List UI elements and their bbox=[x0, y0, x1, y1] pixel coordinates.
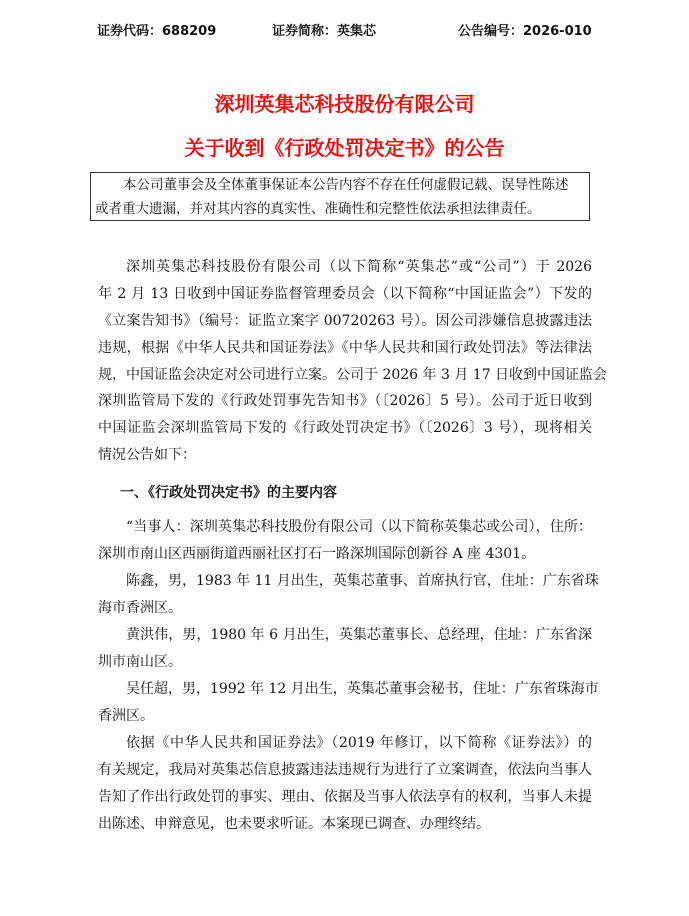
paragraph-line: 出陈述、申辩意见，也未要求听证。本案现已调查、办理终结。 bbox=[98, 811, 592, 838]
disclaimer-line-1: 本公司董事会及全体董事保证本公告内容不存在任何虚假记载、误导性陈述 bbox=[95, 173, 585, 197]
paragraph-line: 深圳市南山区西丽街道西丽社区打石一路深圳国际创新谷 A 座 4301。 bbox=[98, 541, 592, 568]
intro-line: 规，中国证监会决定对公司进行立案。公司于 2026 年 3 月 17 日收到中国… bbox=[98, 362, 592, 389]
intro-line: 深圳监管局下发的《行政处罚事先告知书》（〔2026〕5 号）。公司于近日收到 bbox=[98, 388, 592, 415]
party-chenxin-paragraph: 陈鑫，男，1983 年 11 月出生，英集芯董事、首席执行官，住址：广东省珠 海… bbox=[98, 568, 592, 622]
intro-line: 情况公告如下： bbox=[98, 442, 592, 469]
announcement-header: 证券代码：688209 证券简称：英集芯 公告编号：2026-010 bbox=[0, 20, 689, 42]
document-page: 证券代码：688209 证券简称：英集芯 公告编号：2026-010 深圳英集芯… bbox=[0, 0, 689, 916]
party-huanghongwei-paragraph: 黄洪伟，男，1980 年 6 月出生，英集芯董事长、总经理，住址：广东省深 圳市… bbox=[98, 622, 592, 676]
paragraph-line: 陈鑫，男，1983 年 11 月出生，英集芯董事、首席执行官，住址：广东省珠 bbox=[98, 568, 592, 595]
paragraph-line: 依据《中华人民共和国证券法》（2019 年修订，以下简称《证券法》）的 bbox=[98, 730, 592, 757]
stock-abbreviation: 证券简称：英集芯 bbox=[272, 20, 376, 39]
paragraph-line: 圳市南山区。 bbox=[98, 649, 592, 676]
disclaimer-line-2: 或者重大遗漏，并对其内容的真实性、准确性和完整性依法承担法律责任。 bbox=[95, 197, 585, 221]
stock-code: 证券代码：688209 bbox=[97, 20, 216, 39]
section-heading: 一、《行政处罚决定书》的主要内容 bbox=[120, 482, 337, 502]
intro-line: 中国证监会深圳监管局下发的《行政处罚决定书》（〔2026〕3 号），现将相关 bbox=[98, 415, 592, 442]
intro-paragraph: 深圳英集芯科技股份有限公司（以下简称“英集芯”或“公司”）于 2026 年 2 … bbox=[98, 254, 592, 469]
intro-line: 深圳英集芯科技股份有限公司（以下简称“英集芯”或“公司”）于 2026 bbox=[98, 254, 592, 281]
paragraph-line: 告知了作出行政处罚的事实、理由、依据及当事人依法享有的权利，当事人未提 bbox=[98, 784, 592, 811]
paragraph-line: 吴任超，男，1992 年 12 月出生，英集芯董事会秘书，住址：广东省珠海市 bbox=[98, 676, 592, 703]
announcement-subject: 关于收到《行政处罚决定书》的公告 bbox=[0, 132, 689, 161]
paragraph-line: “当事人：深圳英集芯科技股份有限公司（以下简称英集芯或公司），住所： bbox=[98, 514, 592, 541]
paragraph-line: 有关规定，我局对英集芯信息披露违法违规行为进行了立案调查，依法向当事人 bbox=[98, 757, 592, 784]
intro-line: 违规，根据《中华人民共和国证券法》《中华人民共和国行政处罚法》等法律法 bbox=[98, 335, 592, 362]
paragraph-line: 黄洪伟，男，1980 年 6 月出生，英集芯董事长、总经理，住址：广东省深 bbox=[98, 622, 592, 649]
company-title: 深圳英集芯科技股份有限公司 bbox=[0, 88, 689, 117]
party-wurenchao-paragraph: 吴任超，男，1992 年 12 月出生，英集芯董事会秘书，住址：广东省珠海市 香… bbox=[98, 676, 592, 730]
paragraph-line: 海市香洲区。 bbox=[98, 595, 592, 622]
intro-line: 年 2 月 13 日收到中国证券监督管理委员会（以下简称“中国证监会”）下发的 bbox=[98, 281, 592, 308]
party-company-paragraph: “当事人：深圳英集芯科技股份有限公司（以下简称英集芯或公司），住所： 深圳市南山… bbox=[98, 514, 592, 568]
disclaimer-box: 本公司董事会及全体董事保证本公告内容不存在任何虚假记载、误导性陈述 或者重大遗漏… bbox=[90, 172, 590, 221]
announcement-number: 公告编号：2026-010 bbox=[458, 20, 592, 39]
investigation-paragraph: 依据《中华人民共和国证券法》（2019 年修订，以下简称《证券法》）的 有关规定… bbox=[98, 730, 592, 838]
intro-line: 《立案告知书》（编号：证监立案字 00720263 号）。因公司涉嫌信息披露违法 bbox=[98, 308, 592, 335]
paragraph-line: 香洲区。 bbox=[98, 703, 592, 730]
